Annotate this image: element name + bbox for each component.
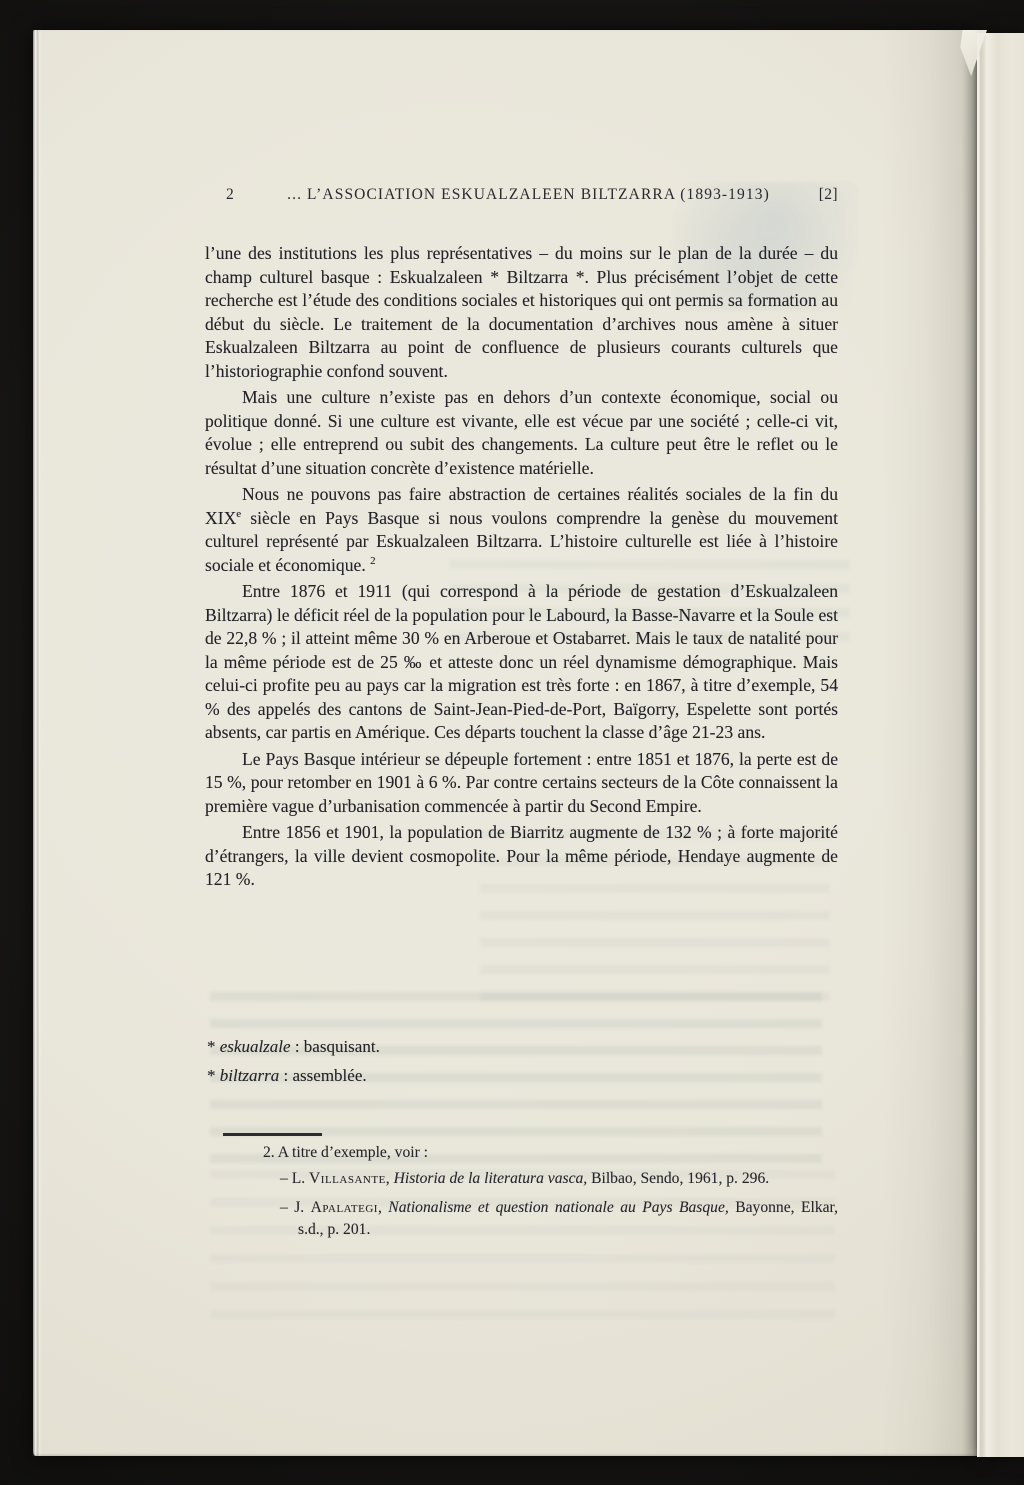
footnote-separator xyxy=(223,1133,322,1136)
running-header: 2 ... L’ASSOCIATION ESKUALZALEEN BILTZAR… xyxy=(205,185,838,205)
paragraph: Mais une culture n’existe pas en dehors … xyxy=(205,386,838,480)
footnote-item: – J. Apalategi, Nationalisme et question… xyxy=(205,1197,838,1241)
issue-bracket-number: [2] xyxy=(790,185,838,205)
glossary-definition: : basquisant. xyxy=(291,1037,380,1056)
footnote-separator-comma: , xyxy=(386,1170,394,1187)
page-number: 2 xyxy=(205,185,267,205)
footnote-reference: 2 xyxy=(370,555,376,567)
glossary-note: * eskualzale : basquisant. xyxy=(207,1036,840,1058)
paragraph: Entre 1876 et 1911 (qui correspond à la … xyxy=(205,580,838,745)
glossary-term: eskualzale xyxy=(220,1037,291,1056)
paragraph: Le Pays Basque intérieur se dépeuple for… xyxy=(205,748,838,819)
paragraph: Nous ne pouvons pas faire abstraction de… xyxy=(205,483,838,577)
footnote-author: Apalategi xyxy=(311,1199,378,1216)
glossary-note: * biltzarra : assemblée. xyxy=(207,1065,840,1087)
article-body: l’une des institutions les plus représen… xyxy=(205,242,838,895)
footnote-author: Villasante xyxy=(309,1170,386,1187)
paragraph: Entre 1856 et 1901, la population de Bia… xyxy=(205,821,838,892)
glossary-definition: : assemblée. xyxy=(279,1066,366,1085)
footnote-work-title: Historia de la literatura vasca, xyxy=(394,1170,588,1187)
paragraph-text: siècle en Pays Basque si nous voulons co… xyxy=(205,508,838,575)
paragraph: l’une des institutions les plus représen… xyxy=(205,242,838,383)
list-dash: – xyxy=(280,1199,294,1216)
footnote-heading: 2. A titre d’exemple, voir : xyxy=(205,1142,838,1164)
footnotes: 2. A titre d’exemple, voir : – L. Villas… xyxy=(205,1142,838,1248)
list-dash: – xyxy=(280,1170,292,1187)
footnote-item: – L. Villasante, Historia de la literatu… xyxy=(205,1168,838,1190)
glossary-notes: * eskualzale : basquisant. * biltzarra :… xyxy=(207,1036,840,1094)
facing-page-sliver xyxy=(977,33,1024,1457)
running-title: ... L’ASSOCIATION ESKUALZALEEN BILTZARRA… xyxy=(267,185,790,205)
footnote-work-title: Nationalisme et question nationale au Pa… xyxy=(388,1199,728,1216)
asterisk-marker: * xyxy=(207,1037,220,1056)
asterisk-marker: * xyxy=(207,1066,220,1085)
glossary-term: biltzarra xyxy=(220,1066,280,1085)
book-page: 2 ... L’ASSOCIATION ESKUALZALEEN BILTZAR… xyxy=(33,30,977,1456)
footnote-author-initial: L. xyxy=(292,1170,309,1187)
footnote-publication-info: Bilbao, Sendo, 1961, p. 296. xyxy=(587,1170,769,1187)
footnote-separator-comma: , xyxy=(378,1199,388,1216)
footnote-author-initial: J. xyxy=(294,1199,310,1216)
